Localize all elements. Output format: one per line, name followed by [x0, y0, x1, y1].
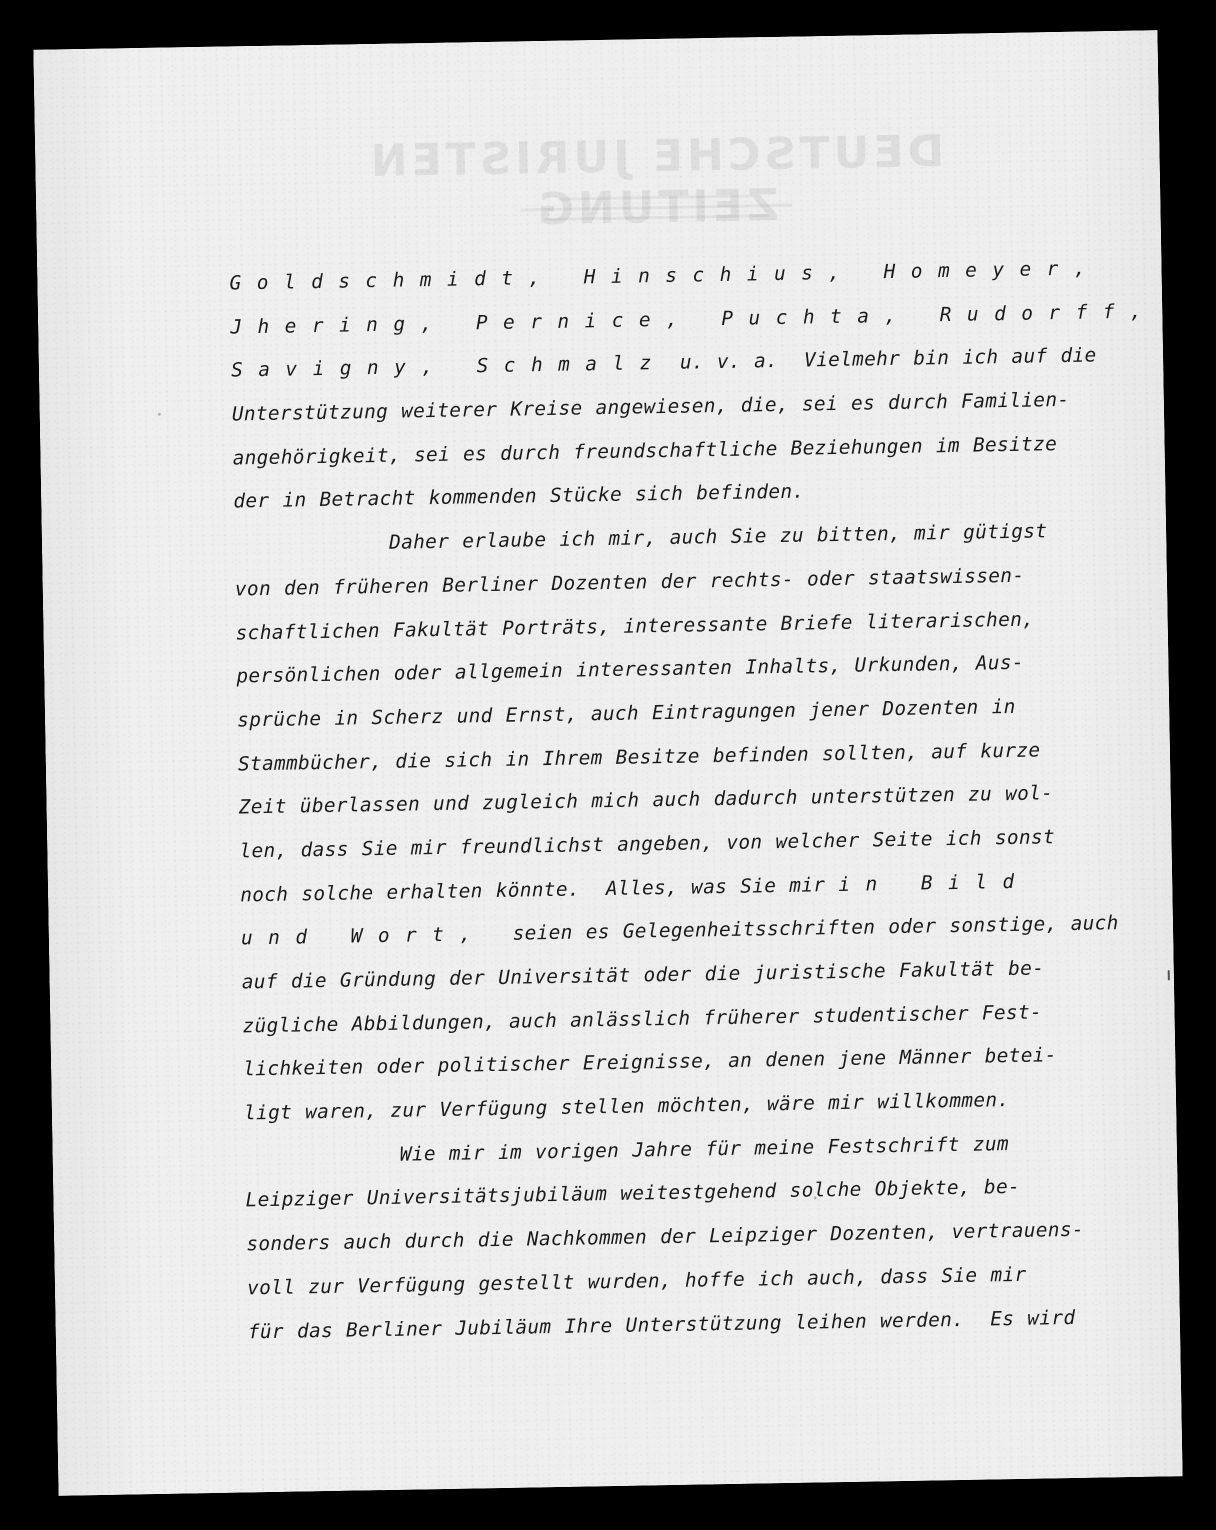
edge-mark: [1168, 970, 1170, 980]
spaced-names: Savigny, Schmalz: [231, 351, 667, 382]
text-segment: u. v. a. Vielmehr bin ich auf die: [667, 344, 1097, 374]
text-segment: noch solche erhalten könnte. Alles, was …: [240, 873, 838, 906]
paper-speck: [814, 1196, 817, 1199]
document-page: DEUTSCHE JURISTEN ZEITUNG Goldschmidt, H…: [33, 30, 1182, 1495]
paper-speck: [158, 413, 161, 416]
spaced-emphasis: in Bild: [838, 869, 1030, 895]
letterhead-subtitle-bleedthrough: [496, 186, 817, 232]
typed-letter-body: Goldschmidt, Hinschius, Homeyer, Jhering…: [229, 246, 1148, 1354]
text-segment: seien es Gelegenheitsschriften oder sons…: [486, 911, 1119, 945]
paper-speck: [349, 1500, 352, 1503]
spaced-emphasis: und Wort,: [241, 922, 487, 949]
